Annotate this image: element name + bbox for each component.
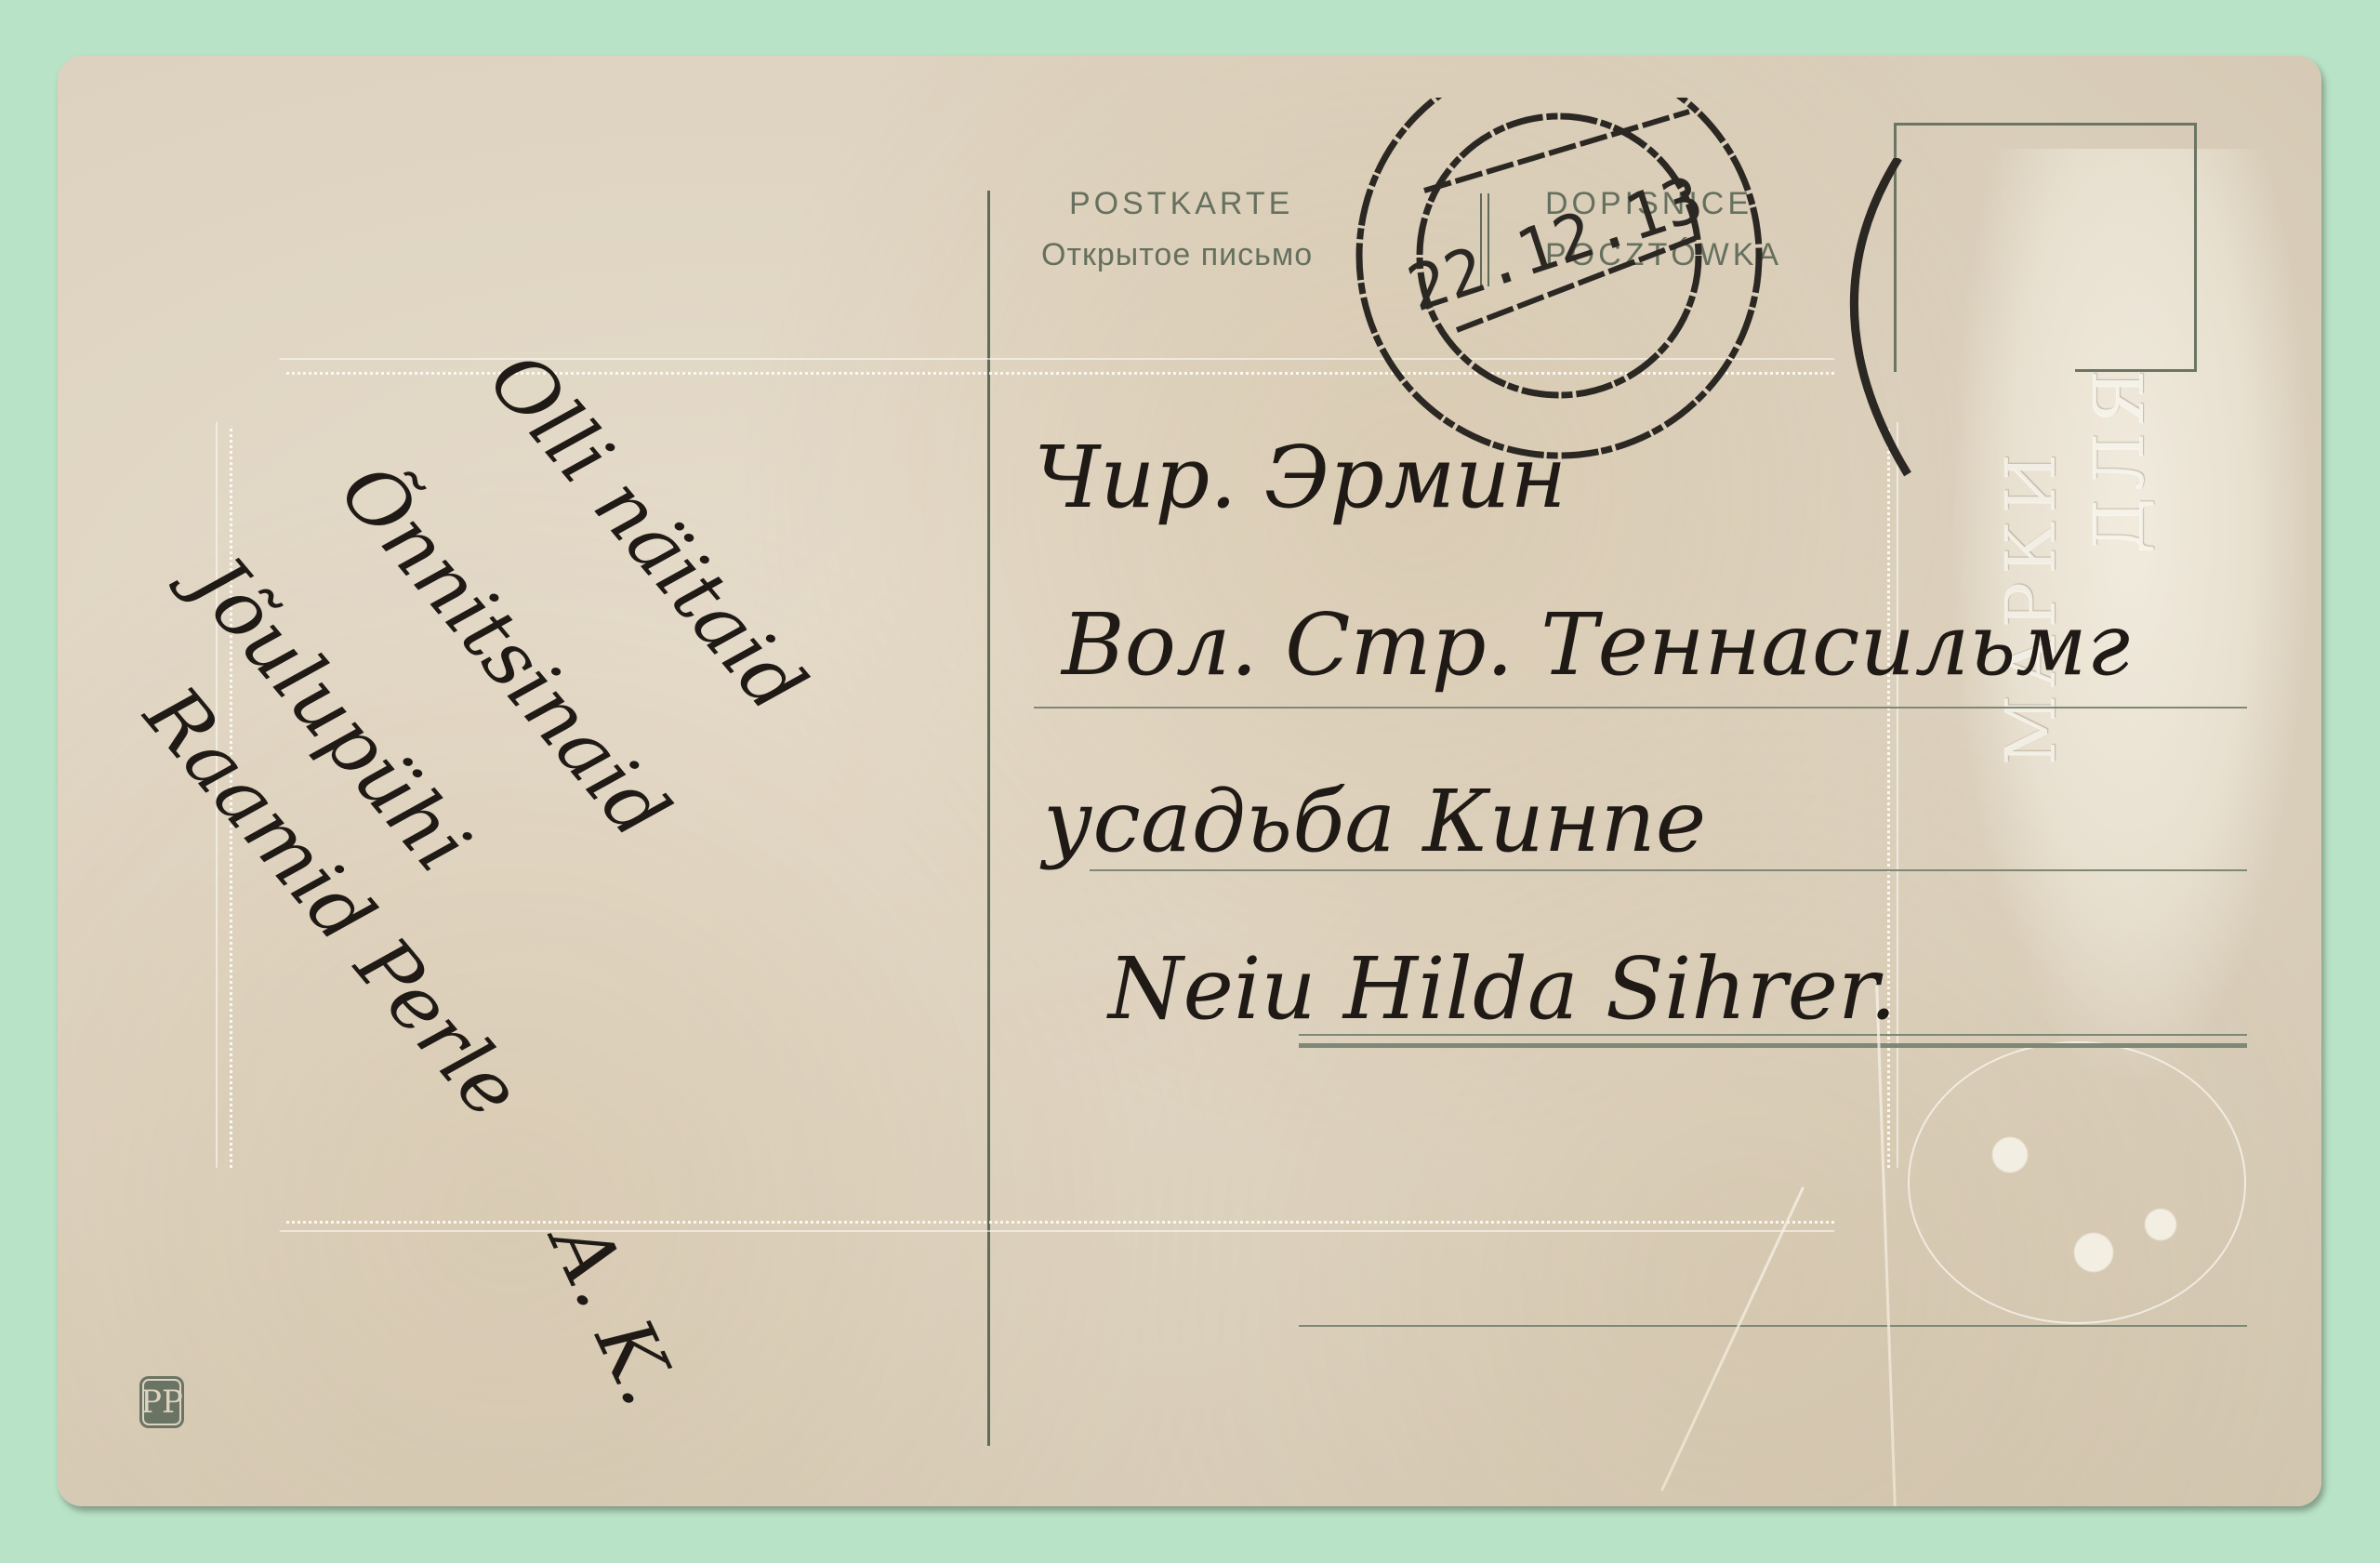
postcard: POSTKARTE Открытое письмо DOPISNICE POCZ… <box>58 56 2321 1506</box>
embossed-flower-wreath-icon <box>1908 1041 2246 1324</box>
postmark-date: 22.12.13 <box>1399 163 1712 326</box>
header-russian: Открытое письмо <box>1041 237 1313 273</box>
paper-crease <box>1660 1186 1805 1491</box>
postmark-partial-icon <box>1796 158 1926 493</box>
address-line-3-bold <box>1299 1043 2247 1048</box>
address-district: Вол. Стр. Теннасильмг <box>1062 595 2130 695</box>
header-postkarte: POSTKARTE <box>1069 186 1293 222</box>
address-estate: усадьба Кинпе <box>1043 772 1706 871</box>
address-line-4 <box>1299 1325 2247 1327</box>
address-recipient-name: Neiu Hilda Sihrer. <box>1108 939 1897 1039</box>
embossed-text: ДЛЯ <box>2080 363 2160 554</box>
postmark-icon: 22.12.13 ...ЛЛИН... ГУБ. <box>1345 98 1773 470</box>
message-signature: A. K. <box>533 1209 695 1419</box>
publisher-logo-icon: PP <box>139 1376 184 1428</box>
postmark-ring-text: ...ЛЛИН... ГУБ. <box>1345 98 1406 248</box>
stamp-box <box>1894 123 2197 372</box>
address-line-1 <box>1034 707 2247 709</box>
